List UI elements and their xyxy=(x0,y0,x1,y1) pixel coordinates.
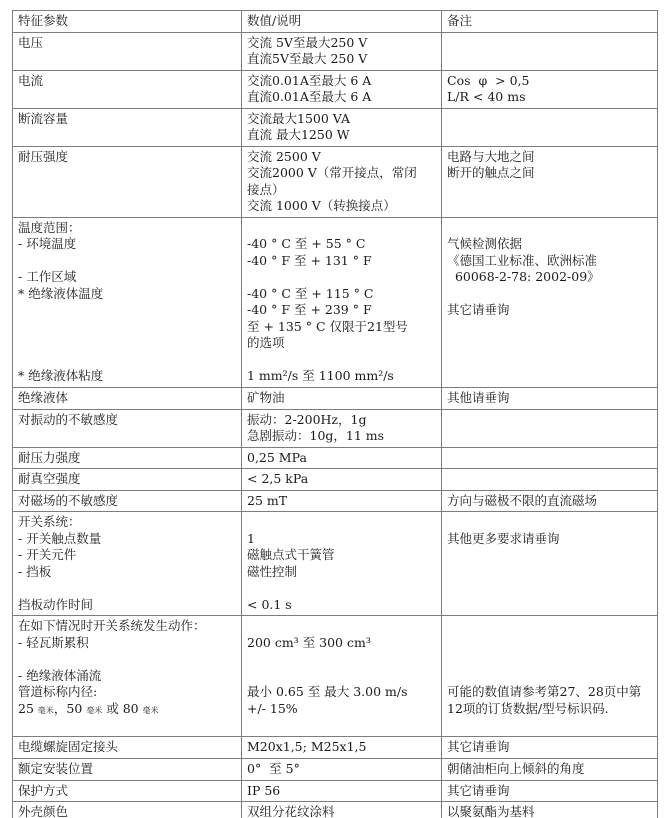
param-line xyxy=(18,253,236,270)
note-line: 朝储油柜向上倾斜的角度 xyxy=(447,761,652,778)
header-note: 备注 xyxy=(442,11,658,33)
value-line: 交流 2500 V xyxy=(247,149,436,166)
value-line: 直流0.01A至最大 6 A xyxy=(247,89,436,106)
value-line: 交流最大1500 VA xyxy=(247,111,436,128)
param-cell: 耐压力强度 xyxy=(13,447,242,469)
unit-mm: 毫米 xyxy=(143,706,159,715)
note-line xyxy=(447,651,652,668)
param-cell: 对磁场的不敏感度 xyxy=(13,490,242,512)
param-line: * 绝缘液体粘度 xyxy=(18,368,236,385)
value-cell: 振动：2-200Hz，1g急剧振动：10g，11 ms xyxy=(242,409,442,447)
value-cell: 交流 5V至最大250 V直流5V至最大 250 V xyxy=(242,32,442,70)
param-line: - 挡板 xyxy=(18,564,236,581)
table-row-current: 电流交流0.01A至最大 6 A直流0.01A至最大 6 ACos φ > 0,… xyxy=(13,70,658,108)
note-line xyxy=(447,635,652,652)
value-line: -40 ° F 至 + 131 ° F xyxy=(247,253,436,270)
value-cell: 25 mT xyxy=(242,490,442,512)
note-cell: Cos φ > 0,5L/R < 40 ms xyxy=(442,70,658,108)
param-line: 挡板动作时间 xyxy=(18,597,236,614)
value-line: 交流 1000 V（转换接点） xyxy=(247,198,436,215)
table-row-switching-system: 开关系统：- 开关触点数量- 开关元件- 挡板挡板动作时间1磁触点式干簧管磁性控… xyxy=(13,512,658,616)
value-line: -40 ° C 至 + 115 ° C xyxy=(247,286,436,303)
note-line: 其它请垂询 xyxy=(447,739,652,756)
value-cell: 交流最大1500 VA直流 最大1250 W xyxy=(242,108,442,146)
param-line xyxy=(18,335,236,352)
note-cell: 电路与大地之间断开的触点之间 xyxy=(442,146,658,217)
value-line: IP 56 xyxy=(247,783,436,800)
value-cell: 1磁触点式干簧管磁性控制< 0.1 s xyxy=(242,512,442,616)
param-cell: 外壳颜色 xyxy=(13,802,242,818)
value-cell: < 2,5 kPa xyxy=(242,469,442,491)
table-row-breaking-capacity: 断流容量交流最大1500 VA直流 最大1250 W xyxy=(13,108,658,146)
value-line xyxy=(247,514,436,531)
note-line: 可能的数值请参考第27、28页中第 xyxy=(447,684,652,701)
param-line xyxy=(18,319,236,336)
value-line: < 2,5 kPa xyxy=(247,471,436,488)
note-cell: 以聚氨酯为基料 xyxy=(442,802,658,818)
table-row-magnetic-insensitivity: 对磁场的不敏感度25 mT方向与磁极不限的直流磁场 xyxy=(13,490,658,512)
value-line xyxy=(247,269,436,286)
note-cell: 其他更多要求请垂询 xyxy=(442,512,658,616)
value-line: -40 ° C 至 + 55 ° C xyxy=(247,236,436,253)
param-line: - 轻瓦斯累积 xyxy=(18,635,236,652)
param-line: 额定安装位置 xyxy=(18,761,236,778)
unit-mm: 毫米 xyxy=(86,706,102,715)
param-line: 对磁场的不敏感度 xyxy=(18,493,236,510)
value-line xyxy=(247,651,436,668)
value-line xyxy=(247,580,436,597)
param-line: 对振动的不敏感度 xyxy=(18,412,236,429)
table-row-cable-gland: 电缆螺旋固定接头M20x1,5; M25x1,5其它请垂询 xyxy=(13,737,658,759)
param-line: - 环境温度 xyxy=(18,236,236,253)
param-cell: 额定安装位置 xyxy=(13,759,242,781)
param-line: 开关系统： xyxy=(18,514,236,531)
note-line: L/R < 40 ms xyxy=(447,89,652,106)
value-line: 交流2000 V（常开接点，常闭 xyxy=(247,165,436,182)
table-row-vibration-insensitivity: 对振动的不敏感度振动：2-200Hz，1g急剧振动：10g，11 ms xyxy=(13,409,658,447)
value-line: 振动：2-200Hz，1g xyxy=(247,412,436,429)
param-line: 电压 xyxy=(18,35,236,52)
note-line: 以聚氨酯为基料 xyxy=(447,804,652,818)
note-cell: 其它请垂询 xyxy=(442,780,658,802)
value-line: 的选项 xyxy=(247,335,436,352)
note-line: 《德国工业标准、欧洲标准 xyxy=(447,253,652,270)
note-cell: 方向与磁极不限的直流磁场 xyxy=(442,490,658,512)
value-line: +/- 15% xyxy=(247,701,436,718)
param-cell: 对振动的不敏感度 xyxy=(13,409,242,447)
value-line: 交流 5V至最大250 V xyxy=(247,35,436,52)
value-line: 0° 至 5° xyxy=(247,761,436,778)
header-param: 特征参数 xyxy=(13,11,242,33)
value-line: 最小 0.65 至 最大 3.00 m/s xyxy=(247,684,436,701)
param-cell: 电压 xyxy=(13,32,242,70)
value-line: 矿物油 xyxy=(247,390,436,407)
table-row-pressure-strength: 耐压力强度0,25 MPa xyxy=(13,447,658,469)
param-line: - 绝缘液体涌流 xyxy=(18,668,236,685)
param-cell: 温度范围：- 环境温度- 工作区域* 绝缘液体温度* 绝缘液体粘度 xyxy=(13,217,242,387)
value-line: M20x1,5; M25x1,5 xyxy=(247,739,436,756)
table-row-protection-class: 保护方式IP 56其它请垂询 xyxy=(13,780,658,802)
value-line xyxy=(247,352,436,369)
value-line: 1 xyxy=(247,531,436,548)
note-line: 其它请垂询 xyxy=(447,783,652,800)
value-cell: 矿物油 xyxy=(242,387,442,409)
param-line: 管道标称内径: xyxy=(18,684,236,701)
value-cell: IP 56 xyxy=(242,780,442,802)
table-row-dielectric-strength: 耐压强度交流 2500 V交流2000 V（常开接点，常闭接点）交流 1000 … xyxy=(13,146,658,217)
note-line: 方向与磁极不限的直流磁场 xyxy=(447,493,652,510)
param-line: 绝缘液体 xyxy=(18,390,236,407)
param-line: - 开关触点数量 xyxy=(18,531,236,548)
param-line: 耐真空强度 xyxy=(18,471,236,488)
table-row-temperature-range: 温度范围：- 环境温度- 工作区域* 绝缘液体温度* 绝缘液体粘度-40 ° C… xyxy=(13,217,658,387)
param-line: 耐压强度 xyxy=(18,149,236,166)
param-line: 温度范围： xyxy=(18,220,236,237)
note-cell: 朝储油柜向上倾斜的角度 xyxy=(442,759,658,781)
spec-table: 特征参数 数值/说明 备注 电压交流 5V至最大250 V直流5V至最大 250… xyxy=(12,10,658,818)
note-line: 12项的订货数据/型号标识码. xyxy=(447,701,652,718)
note-cell xyxy=(442,108,658,146)
param-line xyxy=(18,580,236,597)
header-value: 数值/说明 xyxy=(242,11,442,33)
param-line xyxy=(18,352,236,369)
table-row-insulating-fluid: 绝缘液体矿物油其他请垂询 xyxy=(13,387,658,409)
note-cell xyxy=(442,469,658,491)
value-line: 磁性控制 xyxy=(247,564,436,581)
param-line: 断流容量 xyxy=(18,111,236,128)
value-line xyxy=(247,668,436,685)
note-line xyxy=(447,514,652,531)
param-cell: 开关系统：- 开关触点数量- 开关元件- 挡板挡板动作时间 xyxy=(13,512,242,616)
value-line: 磁触点式干簧管 xyxy=(247,547,436,564)
value-cell: -40 ° C 至 + 55 ° C-40 ° F 至 + 131 ° F-40… xyxy=(242,217,442,387)
param-cell: 耐真空强度 xyxy=(13,469,242,491)
table-row-voltage: 电压交流 5V至最大250 V直流5V至最大 250 V xyxy=(13,32,658,70)
note-line: Cos φ > 0,5 xyxy=(447,73,652,90)
value-cell: M20x1,5; M25x1,5 xyxy=(242,737,442,759)
note-cell: 可能的数值请参考第27、28页中第12项的订货数据/型号标识码. xyxy=(442,616,658,737)
note-cell xyxy=(442,447,658,469)
value-line: 接点） xyxy=(247,182,436,199)
param-line: - 开关元件 xyxy=(18,547,236,564)
note-cell: 其他请垂询 xyxy=(442,387,658,409)
note-cell xyxy=(442,409,658,447)
note-line: 其它请垂询 xyxy=(447,302,652,319)
note-cell: 其它请垂询 xyxy=(442,737,658,759)
note-cell: 气候检测依据《德国工业标准、欧洲标准 60068-2-78: 2002-09》其… xyxy=(442,217,658,387)
note-line: 气候检测依据 xyxy=(447,236,652,253)
value-line xyxy=(247,220,436,237)
param-line: - 工作区域 xyxy=(18,269,236,286)
table-row-housing-color: 外壳颜色双组分花纹涂料以聚氨酯为基料 xyxy=(13,802,658,818)
note-line: 电路与大地之间 xyxy=(447,149,652,166)
table-row-switch-trigger: 在如下情况时开关系统发生动作：- 轻瓦斯累积- 绝缘液体涌流管道标称内径:25 … xyxy=(13,616,658,737)
param-line xyxy=(18,302,236,319)
header-row: 特征参数 数值/说明 备注 xyxy=(13,11,658,33)
param-cell: 在如下情况时开关系统发生动作：- 轻瓦斯累积- 绝缘液体涌流管道标称内径:25 … xyxy=(13,616,242,737)
value-cell: 交流0.01A至最大 6 A直流0.01A至最大 6 A xyxy=(242,70,442,108)
param-cell: 电缆螺旋固定接头 xyxy=(13,737,242,759)
note-line: 其他更多要求请垂询 xyxy=(447,531,652,548)
param-line: 外壳颜色 xyxy=(18,804,236,818)
note-line xyxy=(447,286,652,303)
note-line: 断开的触点之间 xyxy=(447,165,652,182)
param-cell: 绝缘液体 xyxy=(13,387,242,409)
value-line: < 0.1 s xyxy=(247,597,436,614)
value-line: 交流0.01A至最大 6 A xyxy=(247,73,436,90)
value-cell: 双组分花纹涂料 xyxy=(242,802,442,818)
note-line xyxy=(447,618,652,635)
value-cell: 200 cm³ 至 300 cm³最小 0.65 至 最大 3.00 m/s+/… xyxy=(242,616,442,737)
table-row-vacuum-strength: 耐真空强度< 2,5 kPa xyxy=(13,469,658,491)
value-cell: 交流 2500 V交流2000 V（常开接点，常闭接点）交流 1000 V（转换… xyxy=(242,146,442,217)
note-line xyxy=(447,668,652,685)
value-line: 1 mm²/s 至 1100 mm²/s xyxy=(247,368,436,385)
value-line: 25 mT xyxy=(247,493,436,510)
param-line: 在如下情况时开关系统发生动作： xyxy=(18,618,236,635)
note-line: 60068-2-78: 2002-09》 xyxy=(447,269,652,286)
unit-mm: 毫米 xyxy=(38,706,54,715)
param-line xyxy=(18,651,236,668)
param-line: 保护方式 xyxy=(18,783,236,800)
value-cell: 0° 至 5° xyxy=(242,759,442,781)
param-cell: 断流容量 xyxy=(13,108,242,146)
note-cell xyxy=(442,32,658,70)
value-cell: 0,25 MPa xyxy=(242,447,442,469)
param-cell: 耐压强度 xyxy=(13,146,242,217)
table-row-mounting-position: 额定安装位置0° 至 5°朝储油柜向上倾斜的角度 xyxy=(13,759,658,781)
param-line: * 绝缘液体温度 xyxy=(18,286,236,303)
param-line: 25 毫米，50 毫米 或 80 毫米 xyxy=(18,701,236,720)
note-line: 其他请垂询 xyxy=(447,390,652,407)
value-line: 至 + 135 ° C 仅限于21型号 xyxy=(247,319,436,336)
value-line: 200 cm³ 至 300 cm³ xyxy=(247,635,436,652)
param-cell: 电流 xyxy=(13,70,242,108)
value-line: 双组分花纹涂料 xyxy=(247,804,436,818)
param-cell: 保护方式 xyxy=(13,780,242,802)
note-line xyxy=(447,220,652,237)
value-line: 0,25 MPa xyxy=(247,450,436,467)
value-line: -40 ° F 至 + 239 ° F xyxy=(247,302,436,319)
value-line: 急剧振动：10g，11 ms xyxy=(247,428,436,445)
param-line: 电缆螺旋固定接头 xyxy=(18,739,236,756)
value-line: 直流5V至最大 250 V xyxy=(247,51,436,68)
value-line xyxy=(247,618,436,635)
param-line: 电流 xyxy=(18,73,236,90)
param-line: 耐压力强度 xyxy=(18,450,236,467)
value-line: 直流 最大1250 W xyxy=(247,127,436,144)
